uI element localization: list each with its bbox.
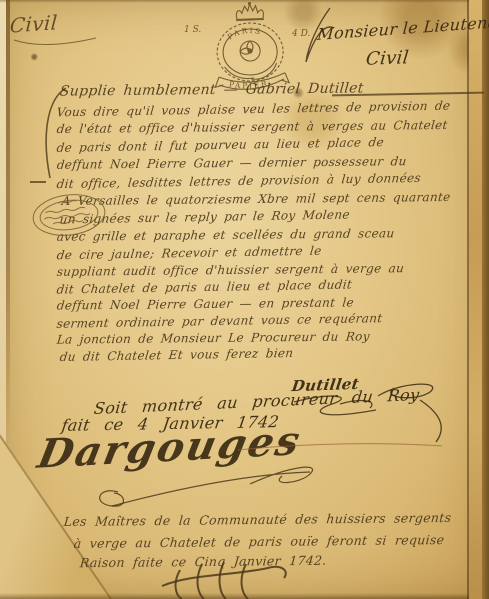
crown-icon — [236, 4, 264, 20]
signature-tail-flourish — [60, 462, 340, 512]
petition-line: Supplie humblement — Gabriel Dutillet — [59, 80, 364, 99]
registry-oval-stamp — [30, 190, 108, 240]
margin-annotation-flourish — [10, 34, 100, 50]
underlying-pages-edge — [469, 0, 482, 599]
signature-rule — [236, 440, 446, 454]
manuscript-scan: Civil 1 S. 4 D. — [0, 0, 489, 599]
referral-flourish — [360, 378, 470, 448]
binding-shadow — [482, 0, 489, 599]
left-fold-crease — [6, 0, 10, 445]
community-signature-flourish — [150, 560, 300, 599]
addressee-civil: Civil — [365, 47, 410, 69]
stamp-value-left: 1 S. — [184, 25, 201, 35]
margin-dash — [30, 181, 46, 183]
